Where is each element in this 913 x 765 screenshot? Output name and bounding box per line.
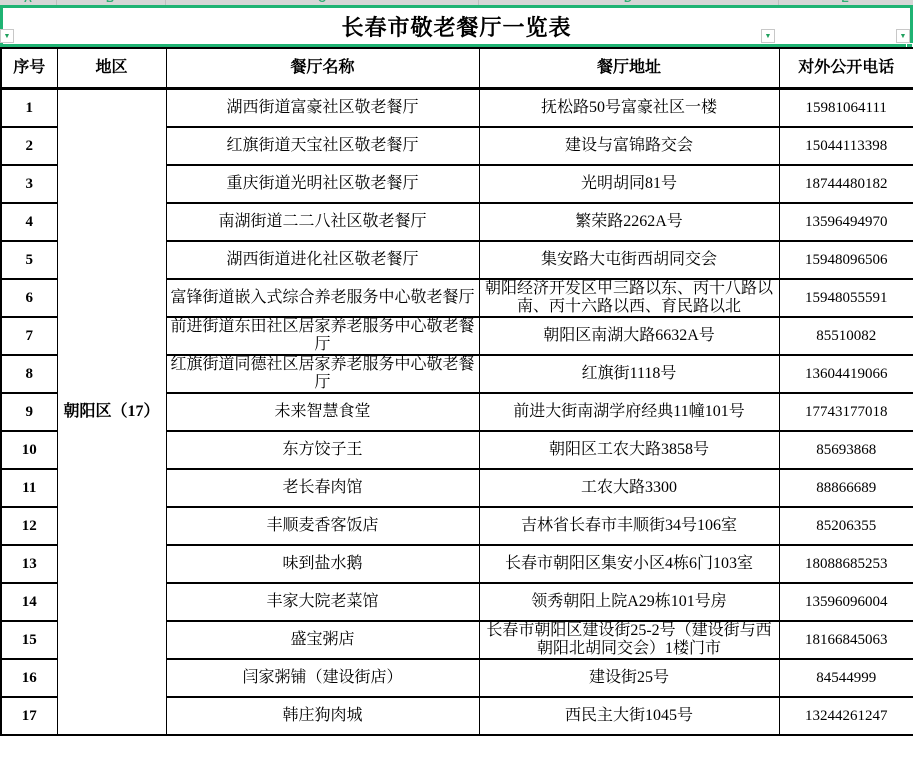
restaurant-address-cell[interactable]: 工农大路3300	[479, 469, 779, 507]
table-header-row: 序号 地区 餐厅名称 餐厅地址 对外公开电话	[1, 48, 913, 89]
row-number-cell[interactable]: 12	[1, 507, 57, 545]
restaurant-table: 序号 地区 餐厅名称 餐厅地址 对外公开电话 1朝阳区（17）湖西街道富豪社区敬…	[0, 47, 913, 736]
phone-cell[interactable]: 13596096004	[779, 583, 913, 621]
filter-dropdown-button-phone[interactable]: ▼	[0, 29, 14, 43]
restaurant-address-cell[interactable]: 长春市朝阳区集安小区4栋6门103室	[479, 545, 779, 583]
restaurant-name-cell[interactable]: 红旗街道天宝社区敬老餐厅	[166, 127, 479, 165]
header-phone[interactable]: 对外公开电话	[779, 48, 913, 89]
filter-arrow-icon: ▼	[765, 33, 772, 40]
phone-cell[interactable]: 84544999	[779, 659, 913, 697]
restaurant-address-cell[interactable]: 领秀朝阳上院A29栋101号房	[479, 583, 779, 621]
restaurant-name-cell[interactable]: 未来智慧食堂	[166, 393, 479, 431]
restaurant-name-cell[interactable]: 湖西街道进化社区敬老餐厅	[166, 241, 479, 279]
phone-cell[interactable]: 18088685253	[779, 545, 913, 583]
header-address[interactable]: 餐厅地址	[479, 48, 779, 89]
restaurant-address-cell[interactable]: 朝阳区工农大路3858号	[479, 431, 779, 469]
restaurant-address-cell[interactable]: 光明胡同81号	[479, 165, 779, 203]
phone-cell[interactable]: 85206355	[779, 507, 913, 545]
restaurant-name-cell[interactable]: 红旗街道同德社区居家养老服务中心敬老餐厅	[166, 355, 479, 393]
restaurant-address-cell[interactable]: 朝阳区南湖大路6632A号	[479, 317, 779, 355]
restaurant-address-cell[interactable]: 吉林省长春市丰顺街34号106室	[479, 507, 779, 545]
page-title: 长春市敬老餐厅一览表	[341, 11, 571, 42]
row-number-cell[interactable]: 10	[1, 431, 57, 469]
phone-cell[interactable]: 88866689	[779, 469, 913, 507]
phone-cell[interactable]: 18166845063	[779, 621, 913, 659]
row-number-cell[interactable]: 3	[1, 165, 57, 203]
row-number-cell[interactable]: 14	[1, 583, 57, 621]
row-number-cell[interactable]: 8	[1, 355, 57, 393]
phone-cell[interactable]: 15044113398	[779, 127, 913, 165]
row-number-cell[interactable]: 13	[1, 545, 57, 583]
row-number-cell[interactable]: 16	[1, 659, 57, 697]
phone-cell[interactable]: 15948096506	[779, 241, 913, 279]
restaurant-address-cell[interactable]: 长春市朝阳区建设街25-2号（建设街与西朝阳北胡同交会）1楼门市	[479, 621, 779, 659]
restaurant-name-cell[interactable]: 韩庄狗肉城	[166, 697, 479, 735]
phone-cell[interactable]: 85693868	[779, 431, 913, 469]
restaurant-name-cell[interactable]: 东方饺子王	[166, 431, 479, 469]
restaurant-name-cell[interactable]: 味到盐水鹅	[166, 545, 479, 583]
phone-cell[interactable]: 85510082	[779, 317, 913, 355]
phone-cell[interactable]: 15981064111	[779, 89, 913, 127]
restaurant-name-cell[interactable]: 盛宝粥店	[166, 621, 479, 659]
header-no[interactable]: 序号	[1, 48, 57, 89]
row-number-cell[interactable]: 9	[1, 393, 57, 431]
row-number-cell[interactable]: 17	[1, 697, 57, 735]
restaurant-name-cell[interactable]: 前进街道东田社区居家养老服务中心敬老餐厅	[166, 317, 479, 355]
row-number-cell[interactable]: 7	[1, 317, 57, 355]
filter-dropdown-button-no[interactable]: ▼	[761, 29, 775, 43]
phone-cell[interactable]: 13244261247	[779, 697, 913, 735]
region-cell[interactable]: 朝阳区（17）	[57, 89, 166, 735]
restaurant-name-cell[interactable]: 闫家粥铺（建设街店）	[166, 659, 479, 697]
filter-dropdown-button-region[interactable]: ▼	[896, 29, 910, 43]
restaurant-address-cell[interactable]: 建设与富锦路交会	[479, 127, 779, 165]
header-name[interactable]: 餐厅名称	[166, 48, 479, 89]
table-row: 1朝阳区（17）湖西街道富豪社区敬老餐厅抚松路50号富豪社区一楼15981064…	[1, 89, 913, 127]
restaurant-name-cell[interactable]: 丰顺麦香客饭店	[166, 507, 479, 545]
filter-arrow-icon: ▼	[4, 33, 11, 40]
restaurant-name-cell[interactable]: 重庆街道光明社区敬老餐厅	[166, 165, 479, 203]
restaurant-name-cell[interactable]: 富锋街道嵌入式综合养老服务中心敬老餐厅	[166, 279, 479, 317]
restaurant-address-cell[interactable]: 红旗街1118号	[479, 355, 779, 393]
filter-arrow-icon: ▼	[900, 33, 907, 40]
row-number-cell[interactable]: 4	[1, 203, 57, 241]
restaurant-address-cell[interactable]: 抚松路50号富豪社区一楼	[479, 89, 779, 127]
restaurant-name-cell[interactable]: 湖西街道富豪社区敬老餐厅	[166, 89, 479, 127]
restaurant-address-cell[interactable]: 繁荣路2262A号	[479, 203, 779, 241]
restaurant-address-cell[interactable]: 建设街25号	[479, 659, 779, 697]
row-number-cell[interactable]: 11	[1, 469, 57, 507]
row-number-cell[interactable]: 1	[1, 89, 57, 127]
phone-cell[interactable]: 17743177018	[779, 393, 913, 431]
row-number-cell[interactable]: 2	[1, 127, 57, 165]
row-number-cell[interactable]: 15	[1, 621, 57, 659]
restaurant-name-cell[interactable]: 老长春肉馆	[166, 469, 479, 507]
restaurant-address-cell[interactable]: 前进大街南湖学府经典11幢101号	[479, 393, 779, 431]
restaurant-address-cell[interactable]: 朝阳经济开发区甲三路以东、丙十八路以南、丙十六路以西、育民路以北	[479, 279, 779, 317]
table-body: 1朝阳区（17）湖西街道富豪社区敬老餐厅抚松路50号富豪社区一楼15981064…	[1, 89, 913, 735]
phone-cell[interactable]: 13596494970	[779, 203, 913, 241]
phone-cell[interactable]: 13604419066	[779, 355, 913, 393]
row-number-cell[interactable]: 6	[1, 279, 57, 317]
restaurant-name-cell[interactable]: 丰家大院老菜馆	[166, 583, 479, 621]
phone-cell[interactable]: 15948055591	[779, 279, 913, 317]
phone-cell[interactable]: 18744480182	[779, 165, 913, 203]
title-cell-selected[interactable]: 长春市敬老餐厅一览表	[0, 5, 913, 47]
restaurant-address-cell[interactable]: 集安路大屯街西胡同交会	[479, 241, 779, 279]
header-region[interactable]: 地区	[57, 48, 166, 89]
restaurant-name-cell[interactable]: 南湖街道二二八社区敬老餐厅	[166, 203, 479, 241]
restaurant-address-cell[interactable]: 西民主大街1045号	[479, 697, 779, 735]
row-number-cell[interactable]: 5	[1, 241, 57, 279]
